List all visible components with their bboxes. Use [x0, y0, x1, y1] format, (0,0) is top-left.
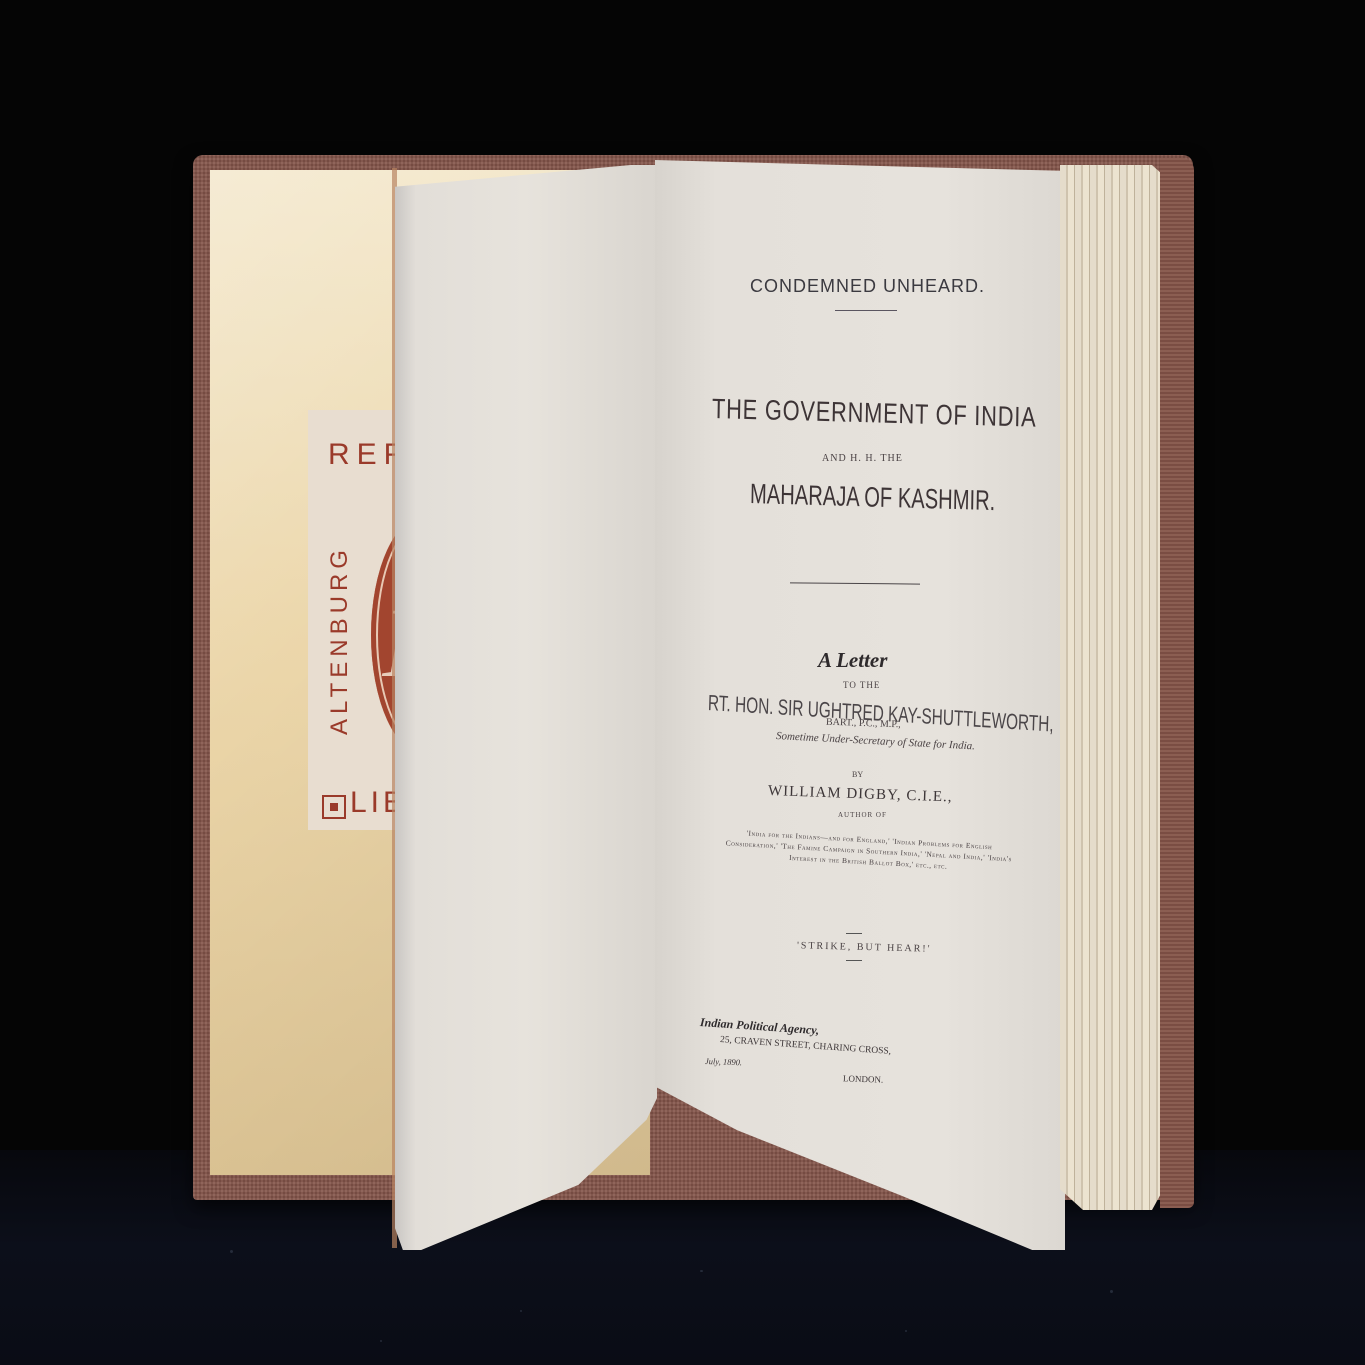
blank-flyleaf-page[interactable] — [395, 165, 657, 1250]
bookplate-square-icon — [322, 795, 346, 819]
bookplate-side: ALTENBURG — [318, 530, 362, 750]
by-label: BY — [852, 770, 863, 779]
series-title: CONDEMNED UNHEARD. — [750, 276, 985, 297]
series-title-underline — [835, 310, 897, 311]
bookplate-side-text: ALTENBURG — [326, 545, 354, 735]
main-title-connector: AND H. H. THE — [822, 453, 903, 464]
text-block-page-edges — [1060, 165, 1175, 1210]
publication-city: LONDON. — [843, 1073, 884, 1084]
motto-rule-bottom — [846, 960, 862, 961]
letter-heading: A Letter — [818, 648, 887, 673]
author-of-label: AUTHOR OF — [838, 811, 887, 819]
to-the-label: TO THE — [843, 680, 880, 690]
publication-date: July, 1890. — [705, 1056, 742, 1067]
motto-rule-top — [846, 933, 862, 934]
rear-board-edge — [1160, 158, 1194, 1208]
